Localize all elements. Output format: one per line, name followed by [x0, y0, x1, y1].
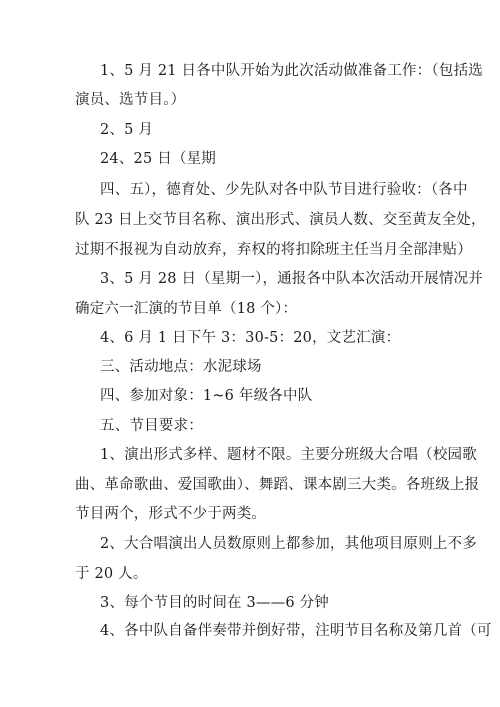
document-line: 确定六一汇演的节目单（18 个）：	[75, 300, 297, 318]
document-line: 4、各中队自备伴奏带并倒好带，注明节目名称及第几首（可	[100, 622, 492, 640]
document-line: 四、参加对象：1~6 年级各中队	[100, 387, 312, 405]
document-line: 五、节目要求：	[100, 417, 203, 435]
document-line: 2、5 月	[100, 121, 153, 139]
document-line: 曲、革命歌曲、爱国歌曲）、舞蹈、课本剧三大类。各班级上报	[75, 476, 479, 494]
document-line: 过期不报视为自动放弃，弃权的将扣除班主任当月全部津贴）	[75, 241, 472, 259]
document-line: 于 20 人。	[75, 565, 148, 583]
document-line: 1、演出形式多样、题材不限。主要分班级大合唱（校园歌	[100, 446, 477, 464]
document-line: 演员、选节目。）	[75, 91, 185, 109]
document-line: 24、25 日（星期	[100, 150, 216, 168]
document-line: 1、5 月 21 日各中队开始为此次活动做准备工作：（包括选	[100, 62, 483, 80]
document-line: 队 23 日上交节目名称、演出形式、演员人数、交至黄友全处，	[75, 211, 486, 229]
document-line: 三、活动地点：水泥球场	[100, 358, 262, 376]
document-line: 3、每个节目的时间在 3——6 分钟	[100, 594, 329, 612]
document-line: 四、五），德育处、少先队对各中队节目进行验收：（各中	[100, 181, 468, 199]
document-line: 3、5 月 28 日（星期一），通报各中队本次活动开展情况并	[100, 270, 483, 288]
document-line: 节目两个，形式不少于两类。	[75, 505, 266, 523]
document-line: 2、大合唱演出人员数原则上都参加，其他项目原则上不多	[100, 535, 477, 553]
document-line: 4、6 月 1 日下午 3：30-5：20，文艺汇演：	[100, 329, 400, 347]
